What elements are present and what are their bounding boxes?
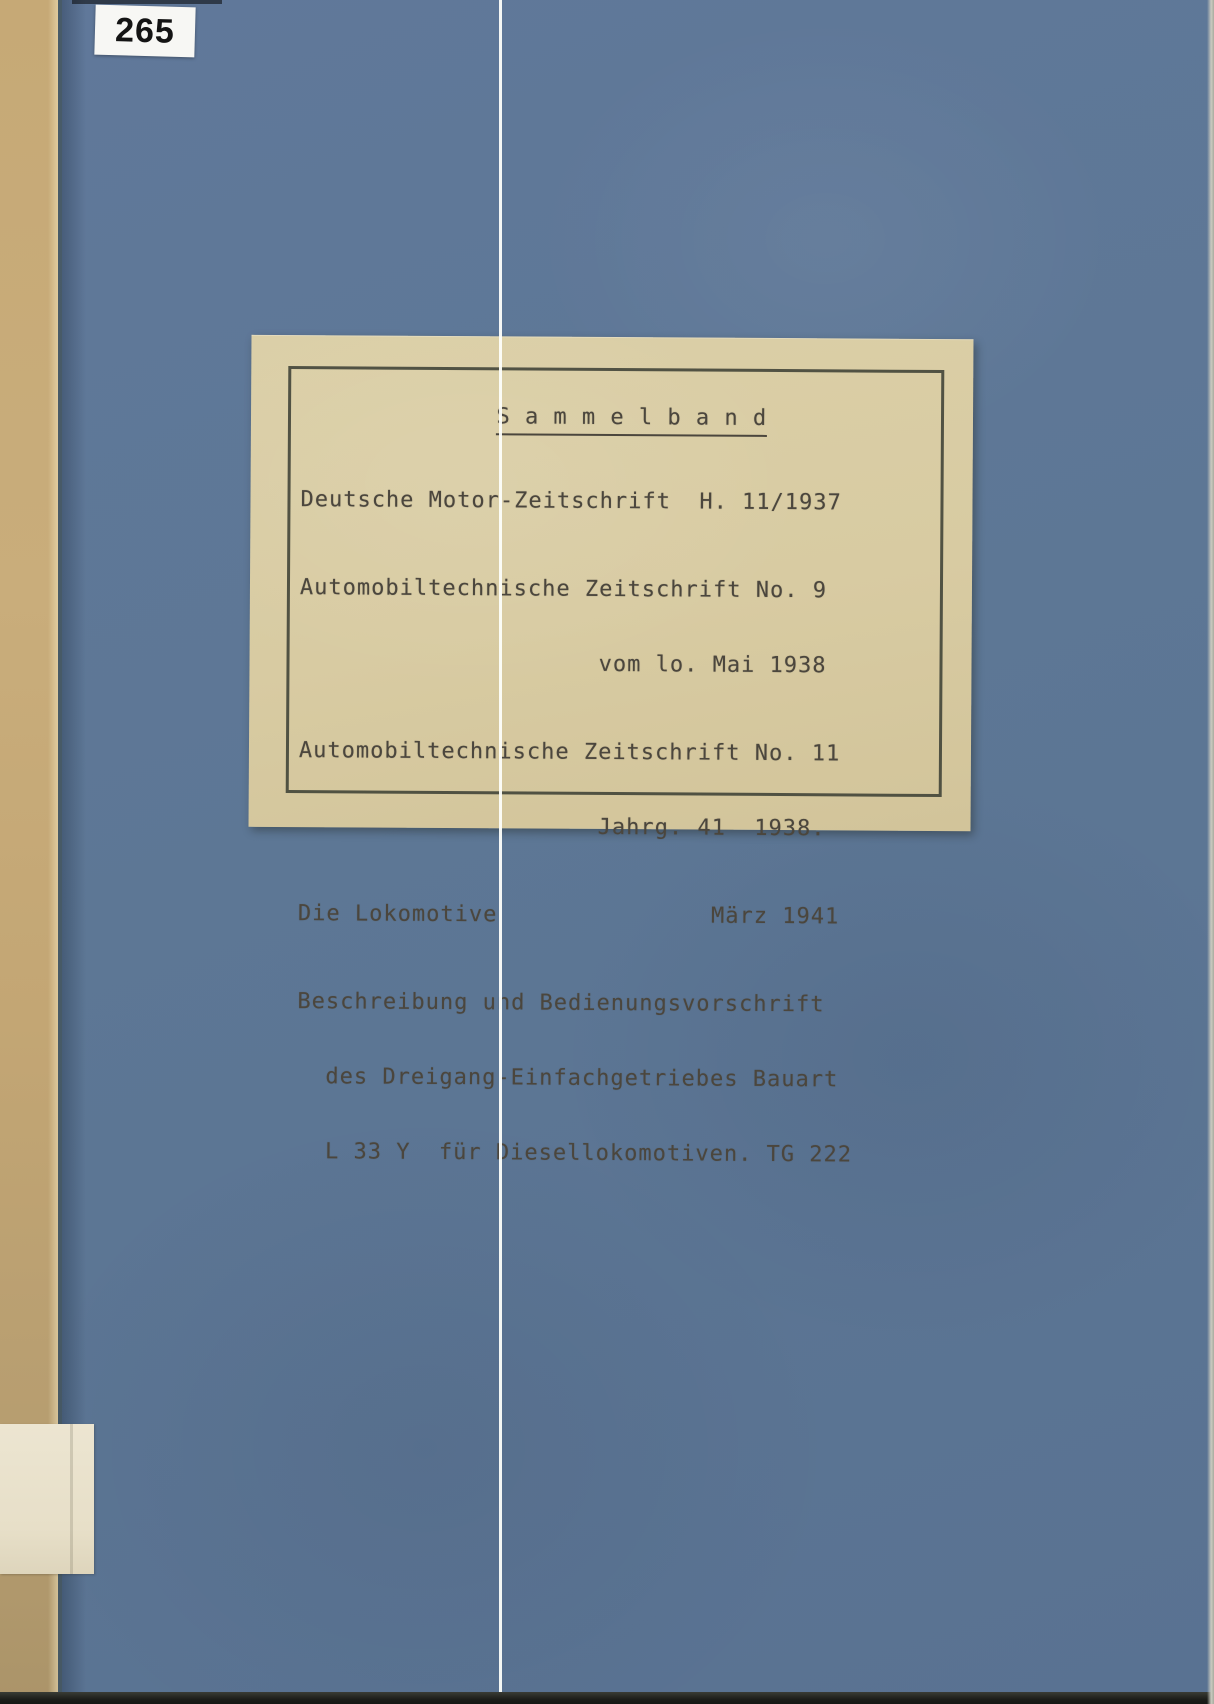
label-line: L 33 Y für Diesellokomotiven. TG 222 xyxy=(296,1139,953,1168)
label-line: des Dreigang-Einfachgetriebes Bauart xyxy=(297,1064,954,1093)
label-content: S a m m e l b a n d Deutsche Motor-Zeits… xyxy=(296,378,958,1218)
label-line: Automobiltechnische Zeitschrift No. 11 xyxy=(299,738,956,767)
scan-right-edge xyxy=(1207,0,1214,1704)
label-line: Jahrg. 41 1938. xyxy=(298,813,955,842)
label-line: vom lo. Mai 1938 xyxy=(299,650,956,679)
label-line: Beschreibung und Bedienungsvorschrift xyxy=(297,989,954,1018)
label-line: Deutsche Motor-Zeitschrift H. 11/1937 xyxy=(300,487,957,516)
scan-seam-line xyxy=(499,0,502,1692)
scan-bottom-edge xyxy=(0,1692,1214,1704)
top-edge-shadow xyxy=(72,0,222,4)
label-line: Die Lokomotive März 1941 xyxy=(298,901,955,930)
label-title: S a m m e l b a n d xyxy=(496,404,767,437)
patch-fold-line xyxy=(70,1424,73,1574)
scanned-book-cover: 265 S a m m e l b a n d Deutsche Motor-Z… xyxy=(0,0,1214,1704)
contents-paste-label: S a m m e l b a n d Deutsche Motor-Zeits… xyxy=(249,335,974,831)
shelf-number: 265 xyxy=(115,11,176,52)
shelf-number-sticker: 265 xyxy=(94,5,195,58)
spine-bottom-paper-patch xyxy=(0,1424,94,1574)
label-line: Automobiltechnische Zeitschrift No. 9 xyxy=(300,575,957,604)
